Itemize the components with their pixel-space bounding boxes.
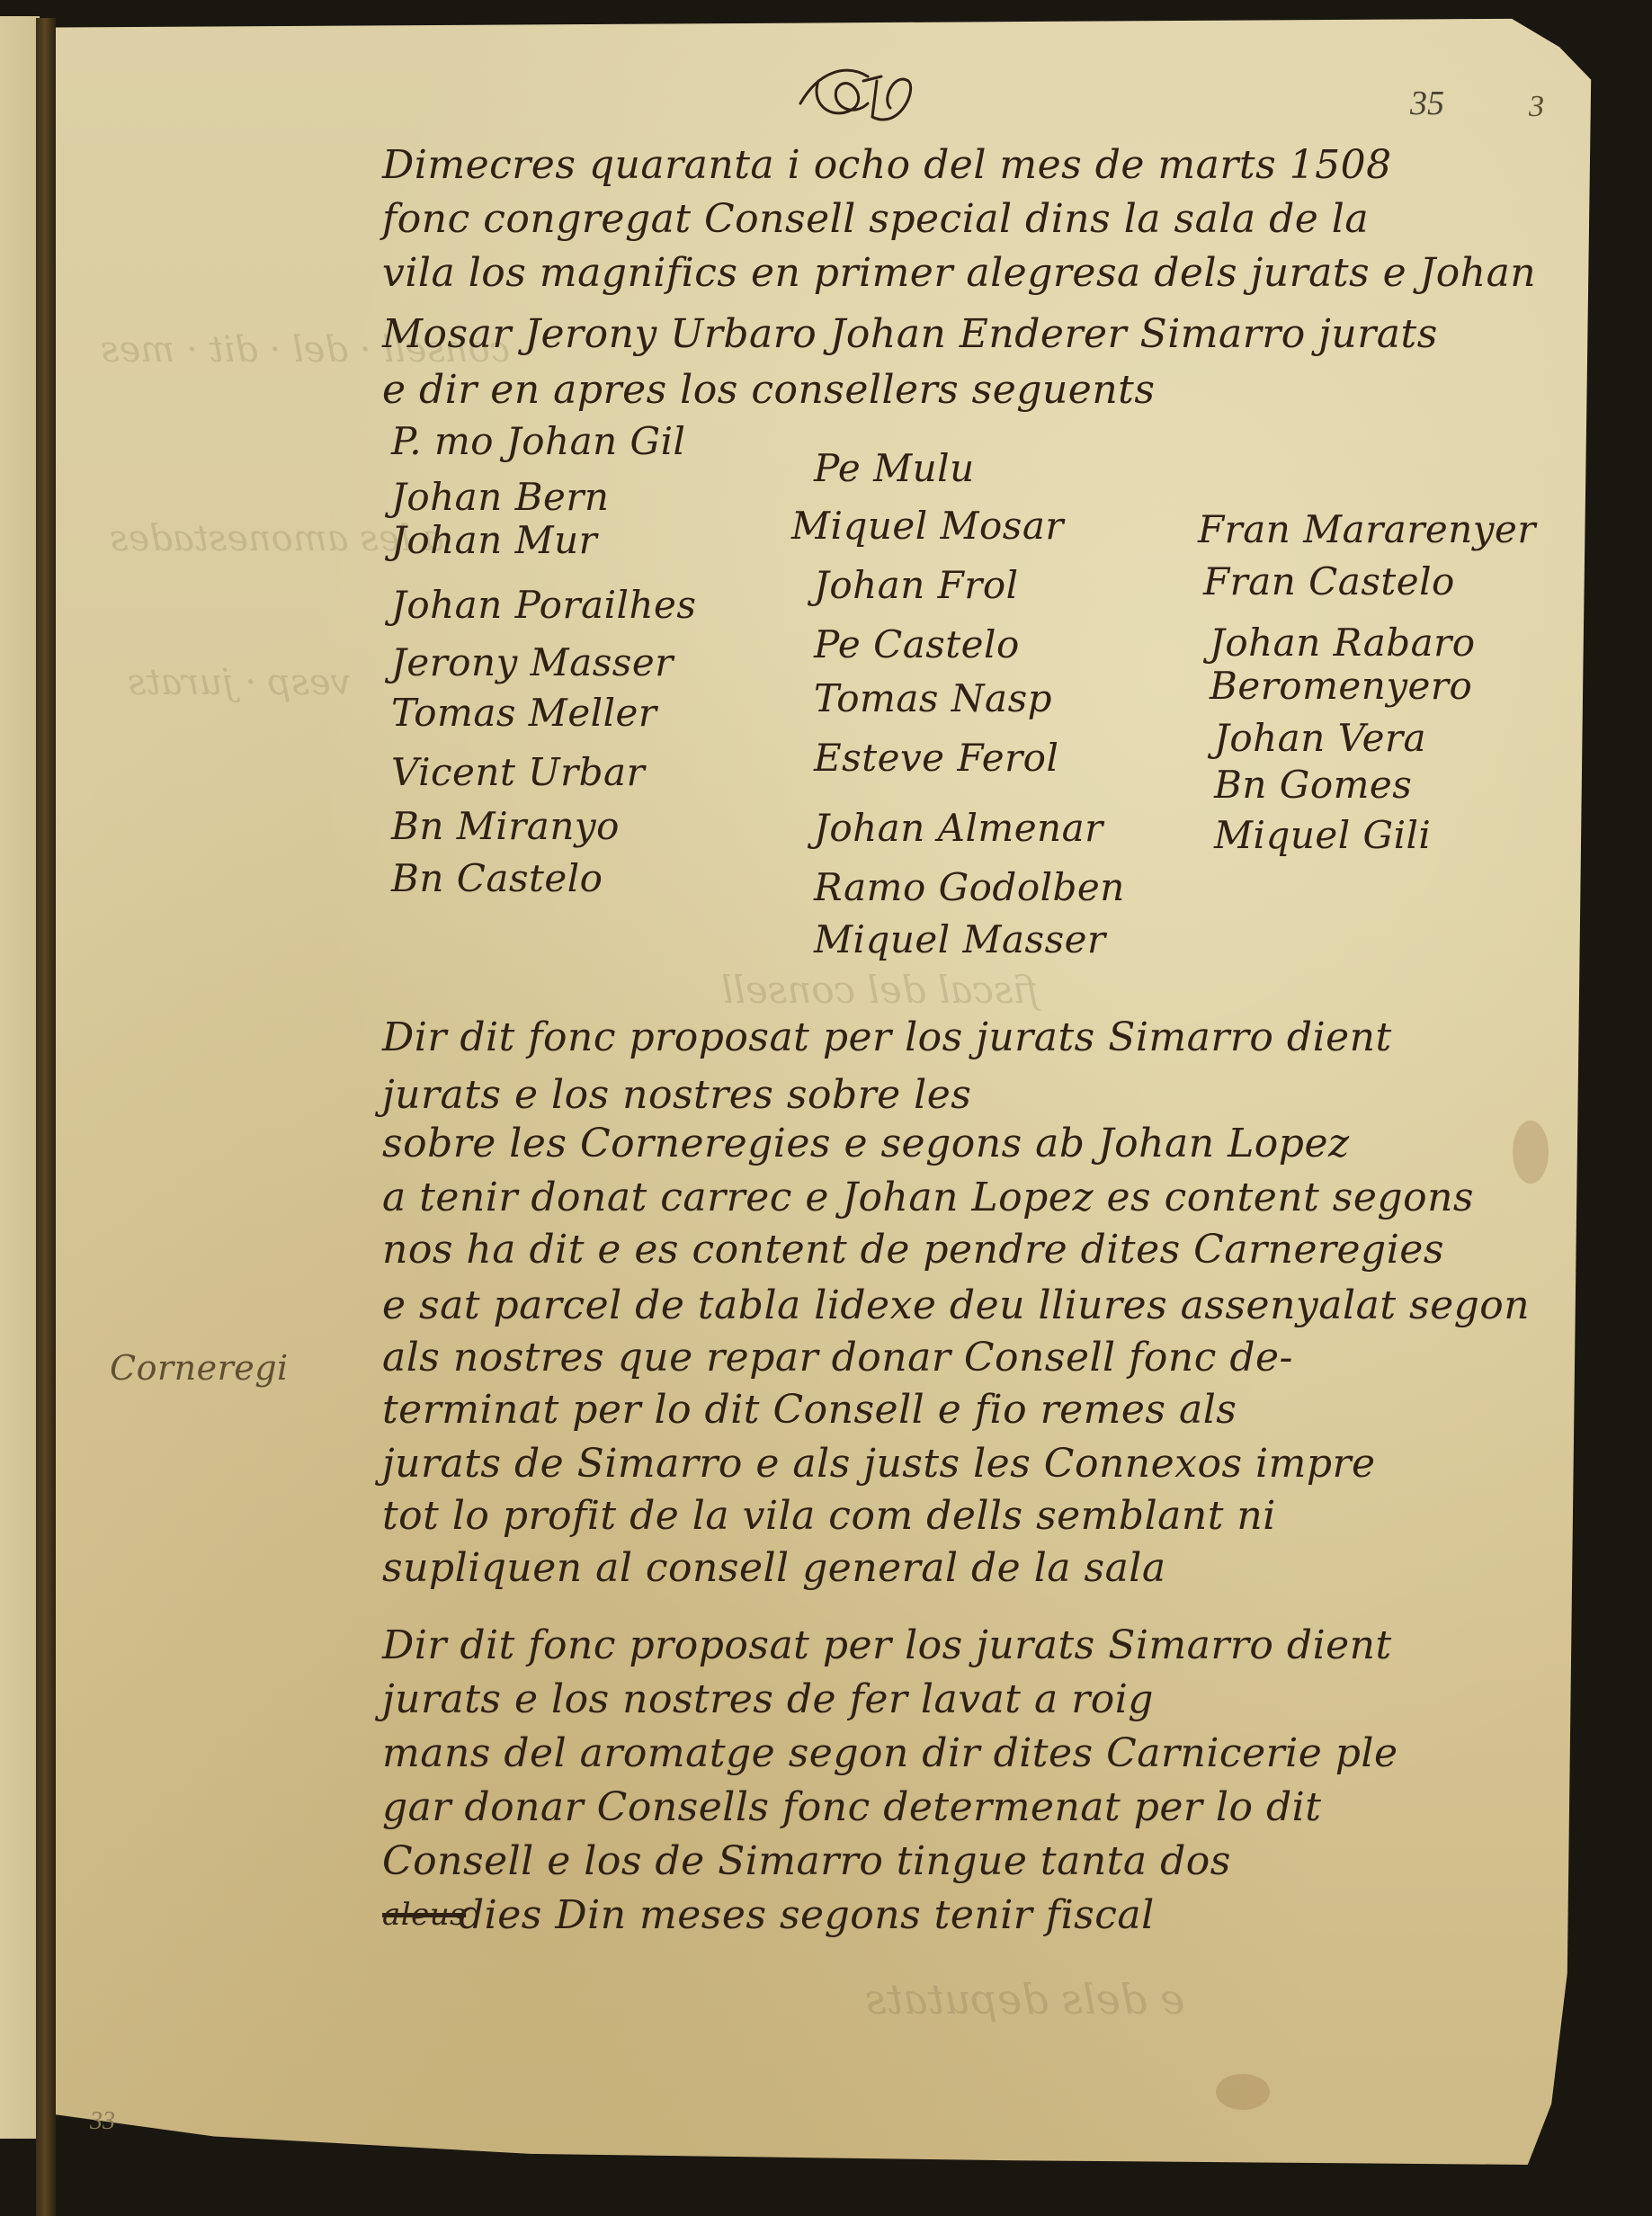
attendee-name: Bn Gomes <box>1214 766 1412 804</box>
margin-note: Corneregi <box>110 1351 289 1385</box>
text-line: sobre les Corneregies e segons ab Johan … <box>382 1124 1350 1164</box>
attendee-name: Tomas Nasp <box>814 680 1052 718</box>
attendee-name: Bn Miranyo <box>391 808 620 845</box>
text-line: mans del aromatge segon dir dites Carnic… <box>382 1734 1398 1774</box>
folio-number: 35 <box>1410 86 1444 121</box>
text-line: Consell e los de Simarro tingue tanta do… <box>382 1842 1231 1881</box>
attendee-name: Bn Castelo <box>391 860 603 898</box>
struck-word: aleus <box>382 1899 466 1930</box>
text-line: e dir en apres los consellers seguents <box>382 371 1155 410</box>
text-line: Dir dit fonc proposat per los jurats Sim… <box>382 1626 1392 1666</box>
attendee-name: Pe Castelo <box>814 626 1020 664</box>
attendee-name: Jerony Masser <box>391 644 674 682</box>
text-line: dies Din meses segons tenir fiscal <box>459 1896 1155 1935</box>
attendee-name: Johan Bern <box>391 478 609 516</box>
attendee-name: Johan Frol <box>814 567 1019 604</box>
text-line: Dir dit fonc proposat per los jurats Sim… <box>382 1018 1392 1058</box>
text-line: Dimecres quaranta i ocho del mes de mart… <box>382 146 1392 185</box>
show-through-text: e dels deputats <box>865 1975 1184 2024</box>
attendee-name: Johan Vera <box>1214 719 1426 757</box>
text-line: Mosar Jerony Urbaro Johan Enderer Simarr… <box>382 315 1438 354</box>
attendee-name: Tomas Meller <box>391 694 656 732</box>
text-line: e sat parcel de tabla lidexe deu lliures… <box>382 1286 1530 1326</box>
text-line: vila los magnifics en primer alegresa de… <box>382 254 1536 293</box>
attendee-name: Johan Almenar <box>814 809 1103 847</box>
attendee-name: Miquel Masser <box>814 921 1106 959</box>
text-line: gar donar Consells fonc determenat per l… <box>382 1788 1321 1827</box>
attendee-name: Fran Mararenyer <box>1198 511 1536 549</box>
rubric-monogram-icon <box>782 54 962 153</box>
attendee-name: Esteve Ferol <box>814 739 1058 777</box>
text-line: a tenir donat carrec e Johan Lopez es co… <box>382 1178 1474 1218</box>
attendee-name: Ramo Godolben <box>814 869 1125 907</box>
show-through-text: fiscal del consell <box>721 968 1039 1012</box>
corner-mark: 3 <box>1529 92 1544 122</box>
text-line: terminat per lo dit Consell e fio remes … <box>382 1390 1237 1430</box>
text-line: tot lo profit de la vila com dells sembl… <box>382 1497 1276 1536</box>
stain <box>1513 1121 1549 1184</box>
text-line: supliquen al consell general de la sala <box>382 1549 1166 1588</box>
attendee-name: Beromenyero <box>1210 667 1472 705</box>
attendee-name: Vicent Urbar <box>391 754 645 791</box>
text-line: jurats e los nostres de fer lavat a roig <box>382 1680 1154 1720</box>
attendee-name: P. mo Johan Gil <box>391 423 685 460</box>
stain <box>1216 2074 1270 2110</box>
text-line: als nostres que repar donar Consell fonc… <box>382 1338 1293 1378</box>
attendee-name: Miquel Mosar <box>791 507 1064 545</box>
text-line: fonc congregat Consell special dins la s… <box>382 200 1369 239</box>
attendee-name: Pe Mulu <box>814 450 975 487</box>
attendee-name: Johan Mur <box>391 522 597 559</box>
binding-gutter <box>36 18 56 2216</box>
attendee-name: Johan Porailhes <box>391 586 696 624</box>
attendee-name: Miquel Gili <box>1214 817 1431 854</box>
show-through-text: vesp · jurats <box>128 662 351 703</box>
text-line: jurats de Simarro e als justs les Connex… <box>382 1444 1376 1484</box>
attendee-name: Fran Castelo <box>1203 563 1455 601</box>
text-line: jurats e los nostres sobre les <box>382 1076 971 1115</box>
bottom-left-mark: 33 <box>90 2109 115 2134</box>
text-line: nos ha dit e es content de pendre dites … <box>382 1230 1444 1270</box>
facing-page-edge <box>0 16 40 2139</box>
attendee-name: Johan Rabaro <box>1210 624 1476 662</box>
